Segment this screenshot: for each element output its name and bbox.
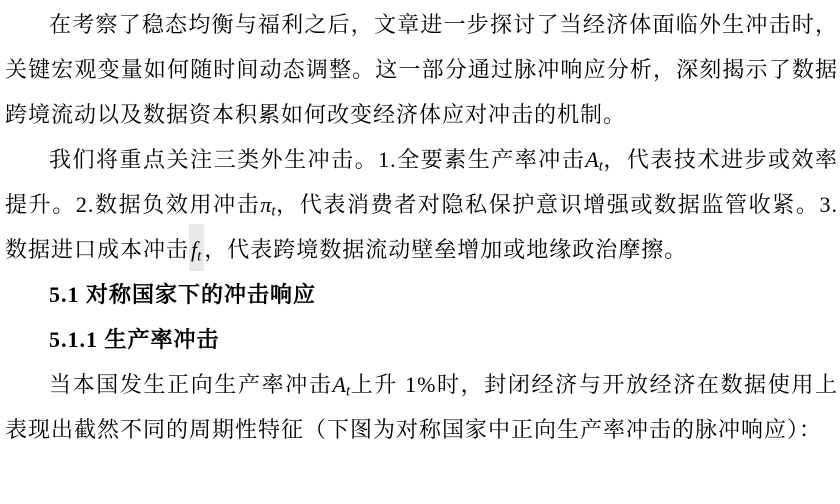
math-variable: A (585, 147, 598, 172)
math-import-cost-shock-symbol-highlighted: ft (189, 224, 204, 271)
shock-text-4: ，代表跨境数据流动壁垒增加或地缘政治摩擦。 (204, 237, 687, 262)
irf-text-1: 当本国发生正向生产率冲击 (49, 372, 332, 397)
math-data-disutility-shock-symbol: πt (260, 192, 275, 217)
math-productivity-shock-symbol-2: At (332, 372, 350, 397)
paragraph-productivity-irf: 当本国发生正向生产率冲击At上升 1%时，封闭经济与开放经济在数据使用上表现出截… (5, 362, 838, 452)
heading-5-1: 5.1 对称国家下的冲击响应 (5, 272, 838, 317)
math-variable: π (260, 192, 271, 217)
paragraph-shock-types: 我们将重点关注三类外生冲击。1.全要素生产率冲击At，代表技术进步或效率提升。2… (5, 137, 838, 272)
paragraph-intro: 在考察了稳态均衡与福利之后，文章进一步探讨了当经济体面临外生冲击时，关键宏观变量… (5, 2, 838, 137)
heading-5-1-1: 5.1.1 生产率冲击 (5, 317, 838, 362)
math-variable: A (332, 372, 345, 397)
shock-text-1: 我们将重点关注三类外生冲击。1.全要素生产率冲击 (49, 147, 585, 172)
math-subscript: t (197, 248, 201, 264)
math-productivity-shock-symbol: At (585, 147, 603, 172)
document-page: 在考察了稳态均衡与福利之后，文章进一步探讨了当经济体面临外生冲击时，关键宏观变量… (0, 0, 840, 504)
